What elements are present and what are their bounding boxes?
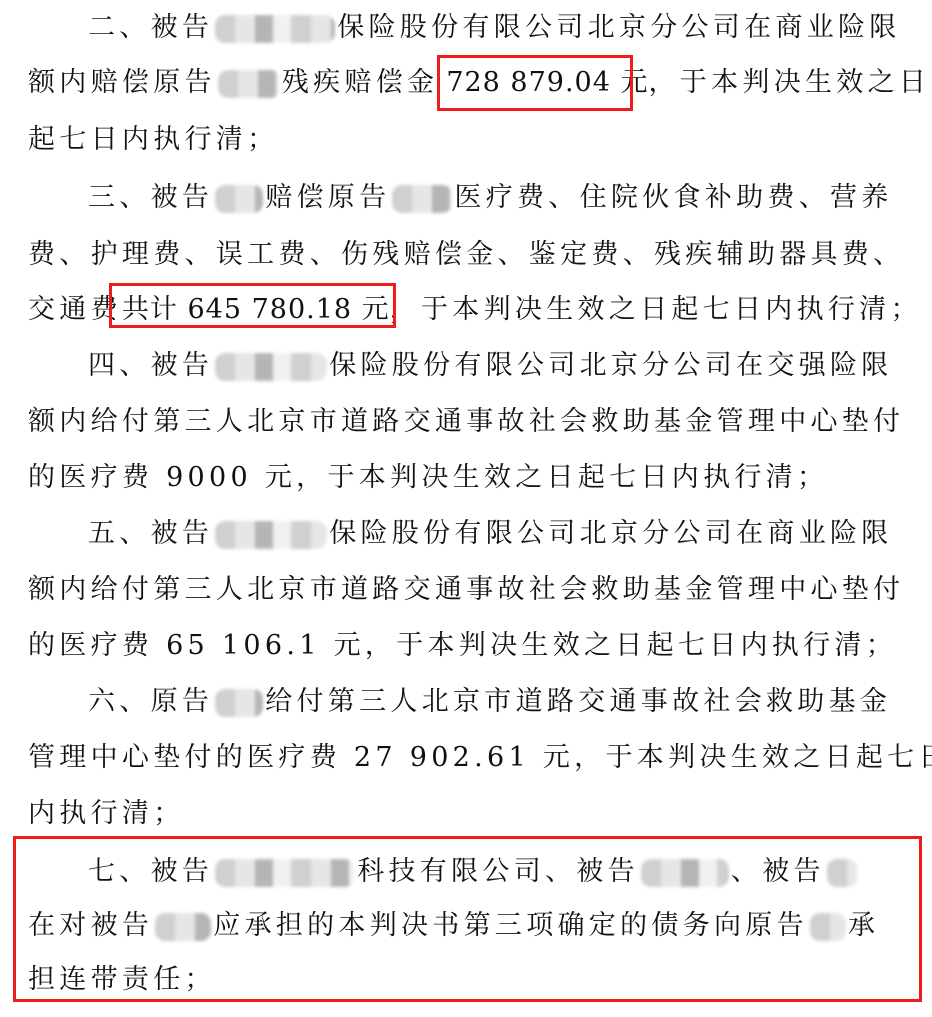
text: 费、护理费、误工费、伤残赔偿金、鉴定费、残疾辅助器具费、 — [28, 239, 904, 270]
item-6-line-3: 内执行清； — [28, 794, 185, 834]
text: 额内给付第三人北京市道路交通事故社会救助基金管理中心垫付 — [28, 406, 904, 437]
redacted-name — [215, 521, 327, 549]
text: 二、被告 — [88, 12, 213, 43]
item-3-line-2: 费、护理费、误工费、伤残赔偿金、鉴定费、残疾辅助器具费、 — [28, 235, 904, 275]
redacted-name — [215, 689, 263, 717]
item-2-line-1: 二、被告保险股份有限公司北京分公司在商业险限 — [88, 8, 901, 48]
highlight-box-compensation — [437, 55, 633, 111]
text: 赔偿原告 — [265, 182, 390, 213]
redacted-name — [215, 353, 327, 381]
highlight-box-total — [109, 283, 396, 328]
text: 三、被告 — [88, 182, 213, 213]
text: 的医疗费 65 106.1 元，于本判决生效之日起七日内执行清； — [28, 630, 897, 661]
item-6-line-1: 六、原告给付第三人北京市道路交通事故社会救助基金 — [88, 682, 891, 722]
redacted-name — [392, 185, 452, 213]
item-4-line-1: 四、被告保险股份有限公司北京分公司在交强险限 — [88, 346, 893, 386]
text: 残疾赔偿金 — [282, 67, 439, 98]
text: 保险股份有限公司北京分公司在商业险限 — [329, 518, 892, 549]
item-4-line-2: 额内给付第三人北京市道路交通事故社会救助基金管理中心垫付 — [28, 402, 904, 442]
redacted-name — [218, 70, 280, 98]
redacted-name — [215, 185, 263, 213]
text: 六、原告 — [88, 686, 213, 717]
redacted-name — [215, 15, 335, 43]
text: ，于本判决生效之日起七日内执行清； — [390, 294, 922, 325]
text: 管理中心垫付的医疗费 27 902.61 元，于本判决生效之日起七日 — [28, 742, 932, 773]
text: 给付第三人北京市道路交通事故社会救助基金 — [265, 686, 891, 717]
text: 四、被告 — [88, 350, 213, 381]
item-3-line-1: 三、被告赔偿原告医疗费、住院伙食补助费、营养 — [88, 178, 893, 218]
text: 五、被告 — [88, 518, 213, 549]
item-6-line-2: 管理中心垫付的医疗费 27 902.61 元，于本判决生效之日起七日 — [28, 738, 932, 778]
text: 的医疗费 9000 元，于本判决生效之日起七日内执行清； — [28, 462, 828, 493]
text: 内执行清； — [28, 798, 185, 829]
text: ，于本判决生效之日 — [649, 67, 931, 98]
item-2-line-3: 起七日内执行清； — [28, 120, 278, 160]
text: 保险股份有限公司北京分公司在交强险限 — [329, 350, 892, 381]
item-5-line-3: 的医疗费 65 106.1 元，于本判决生效之日起七日内执行清； — [28, 626, 897, 666]
text: 医疗费、住院伙食补助费、营养 — [454, 182, 892, 213]
item-4-line-3: 的医疗费 9000 元，于本判决生效之日起七日内执行清； — [28, 458, 828, 498]
text: 交通费 — [28, 294, 122, 325]
text: 起七日内执行清； — [28, 124, 278, 155]
text: 保险股份有限公司北京分公司在商业险限 — [337, 12, 900, 43]
highlight-box-item-7 — [13, 836, 922, 1002]
item-5-line-2: 额内给付第三人北京市道路交通事故社会救助基金管理中心垫付 — [28, 570, 904, 610]
text: 额内给付第三人北京市道路交通事故社会救助基金管理中心垫付 — [28, 574, 904, 605]
text: 额内赔偿原告 — [28, 67, 216, 98]
item-5-line-1: 五、被告保险股份有限公司北京分公司在商业险限 — [88, 514, 893, 554]
